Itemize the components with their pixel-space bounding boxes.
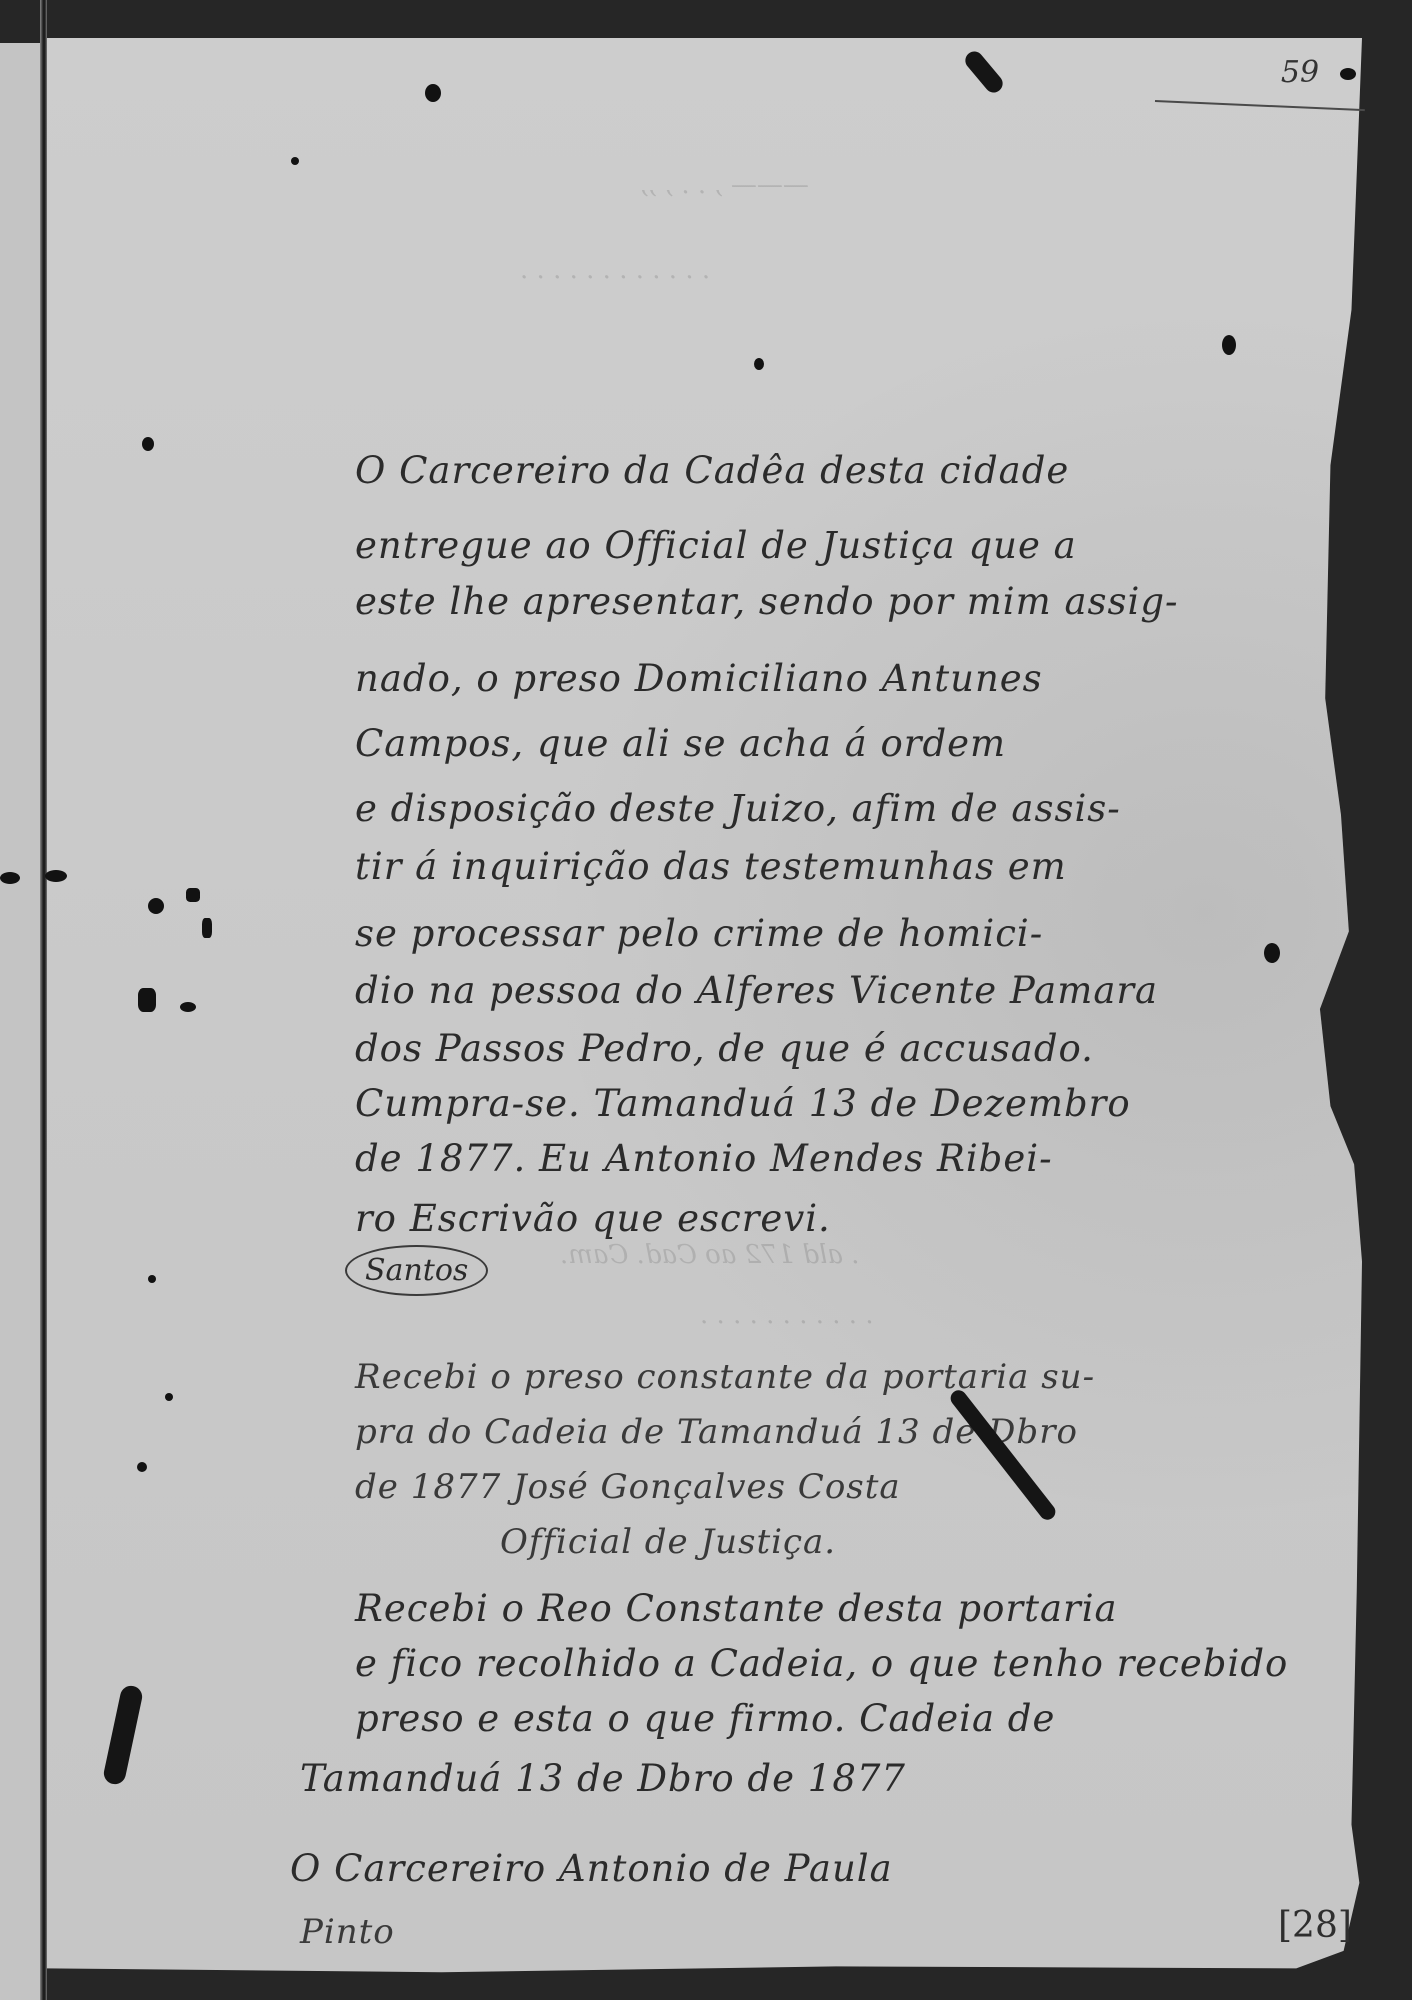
- ink-blot: [291, 157, 299, 165]
- ink-blot: [202, 918, 212, 938]
- order-line: dos Passos Pedro, de que é accusado.: [355, 1030, 1315, 1067]
- order-line: nado, o preso Domiciliano Antunes: [355, 660, 1315, 697]
- ink-blot: [1264, 943, 1280, 963]
- ink-blot: [45, 870, 67, 882]
- ink-blot: [148, 898, 164, 914]
- certificate-line: Recebi o preso constante da portaria su-: [355, 1360, 1315, 1394]
- ink-blot: [138, 988, 156, 1012]
- ink-blot: [425, 84, 441, 102]
- order-line: Cumpra-se. Tamanduá 13 de Dezembro: [355, 1085, 1315, 1122]
- certificate-line: de 1877 José Gonçalves Costa: [355, 1470, 1315, 1504]
- bleed-through-text: . ald 172 ao Cad. Cam.: [560, 1240, 859, 1270]
- order-line: entregue ao Official de Justiça que a: [355, 527, 1315, 564]
- jailer-signature-line2: Pinto: [300, 1915, 1260, 1949]
- binding-gutter: [40, 0, 47, 2000]
- receipt-line: Tamanduá 13 de Dbro de 1877: [300, 1760, 1260, 1797]
- order-line: este lhe apresentar, sendo por mim assig…: [355, 583, 1315, 620]
- bleed-through-text: . . . . . . . . . . . .: [520, 255, 710, 285]
- order-line: se processar pelo crime de homici-: [355, 915, 1315, 952]
- ink-blot: [186, 888, 200, 902]
- archive-page-number: [28]: [1278, 1905, 1352, 1946]
- order-line: de 1877. Eu Antonio Mendes Ribei-: [355, 1140, 1315, 1177]
- facing-page-edge: [0, 43, 41, 2000]
- ink-blot: [1340, 68, 1356, 80]
- order-line: dio na pessoa do Alferes Vicente Pamara: [355, 972, 1315, 1009]
- certificate-line: pra do Cadeia de Tamanduá 13 de Dbro: [355, 1415, 1315, 1449]
- receipt-line: Recebi o Reo Constante desta portaria: [355, 1590, 1315, 1627]
- ink-blot: [148, 1275, 156, 1283]
- ink-blot: [137, 1462, 147, 1472]
- receipt-line: e fico recolhido a Cadeia, o que tenho r…: [355, 1645, 1315, 1682]
- ink-blot: [142, 437, 154, 451]
- bleed-through-text: . . . . . . . . . . .: [700, 1300, 874, 1330]
- ink-blot: [0, 872, 20, 884]
- jailer-signature: O Carcereiro Antonio de Paula: [290, 1850, 1250, 1887]
- ink-blot: [165, 1393, 173, 1401]
- officer-title: Official de Justiça.: [500, 1525, 1412, 1559]
- order-line: e disposição deste Juizo, afim de assis-: [355, 790, 1315, 827]
- order-line: O Carcereiro da Cadêa desta cidade: [355, 452, 1315, 489]
- order-line: Campos, que ali se acha á ordem: [355, 725, 1315, 762]
- ink-blot: [1222, 335, 1236, 355]
- ink-blot: [180, 1002, 196, 1012]
- order-line: tir á inquirição das testemunhas em: [355, 848, 1315, 885]
- bleed-through-text: ——— , . . , ,,: [640, 170, 809, 200]
- ink-blot: [754, 358, 764, 370]
- judge-signature: Santos: [345, 1245, 488, 1296]
- receipt-line: preso e esta o que firmo. Cadeia de: [355, 1700, 1315, 1737]
- order-line: ro Escrivão que escrevi.: [355, 1200, 1315, 1237]
